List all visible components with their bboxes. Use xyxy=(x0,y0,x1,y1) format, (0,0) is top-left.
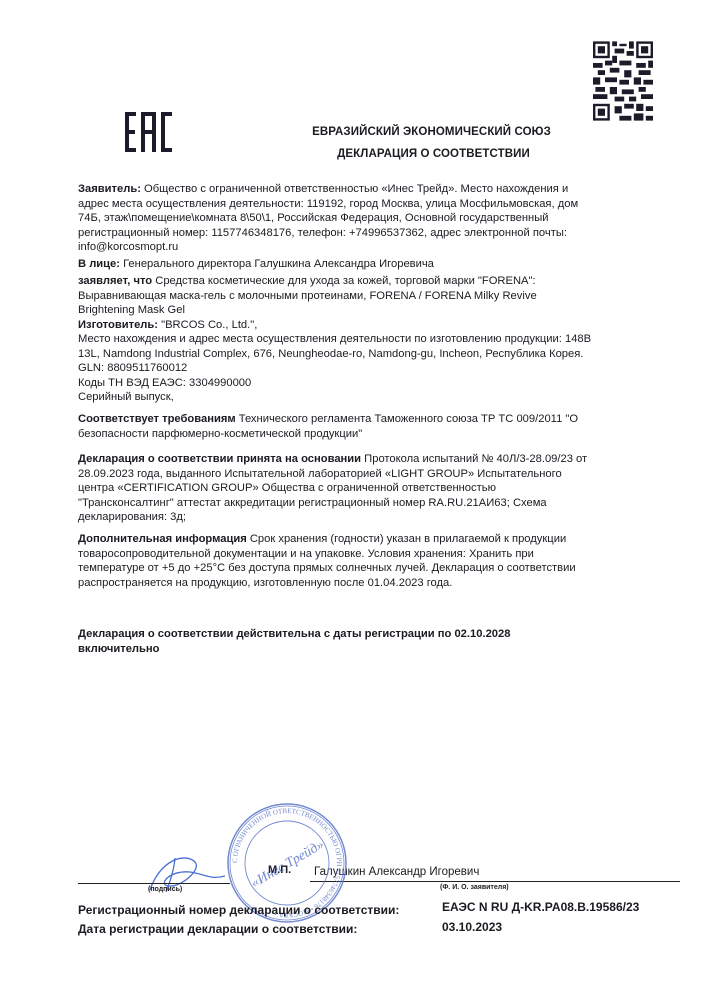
statement-label: заявляет, что xyxy=(78,275,152,287)
hs-code: Коды ТН ВЭД ЕАЭС: 3304990000 xyxy=(78,376,638,391)
basis-label: Декларация о соответствии принята на осн… xyxy=(78,453,361,465)
person-value: Генерального директора Галушкина Алексан… xyxy=(120,258,434,270)
registration-number-value: ЕАЭС N RU Д-KR.PA08.B.19586/23 xyxy=(442,900,639,914)
conformity-label: Соответствует требованиям xyxy=(78,413,236,425)
person-label: В лице: xyxy=(78,258,120,270)
gln: GLN: 8809511760012 xyxy=(78,361,638,376)
additional-info-section: Дополнительная информация Срок хранения … xyxy=(78,532,638,590)
basis-section: Декларация о соответствии принята на осн… xyxy=(78,452,638,525)
document-title: ДЕКЛАРАЦИЯ О СООТВЕТСТВИИ xyxy=(80,148,707,160)
manufacturer-value: "BRCOS Co., Ltd.", xyxy=(158,319,257,331)
applicant-section: Заявитель: Общество с ограниченной ответ… xyxy=(78,182,638,271)
applicant-label: Заявитель: xyxy=(78,183,141,195)
name-caption: (Ф. И. О. заявителя) xyxy=(440,884,509,891)
svg-text:«Инес Трейд»: «Инес Трейд» xyxy=(249,837,327,891)
registration-number-label: Регистрационный номер декларации о соотв… xyxy=(78,903,399,917)
name-line xyxy=(310,881,680,882)
manufacturer-label: Изготовитель: xyxy=(78,319,158,331)
applicant-email: info@korcosmopt.ru xyxy=(78,240,638,255)
qr-code-icon xyxy=(593,41,653,121)
registration-date-label: Дата регистрации декларации о соответств… xyxy=(78,922,357,936)
validity-section: Декларация о соответствии действительна … xyxy=(78,627,638,656)
statement-section: заявляет, что Средства косметические для… xyxy=(78,274,638,405)
signature-line xyxy=(78,883,230,884)
additional-label: Дополнительная информация xyxy=(78,533,247,545)
union-title: ЕВРАЗИЙСКИЙ ЭКОНОМИЧЕСКИЙ СОЮЗ xyxy=(78,126,707,138)
registration-date-value: 03.10.2023 xyxy=(442,920,502,934)
conformity-section: Соответствует требованиям Технического р… xyxy=(78,412,638,441)
signature-caption: (подпись) xyxy=(148,886,182,893)
